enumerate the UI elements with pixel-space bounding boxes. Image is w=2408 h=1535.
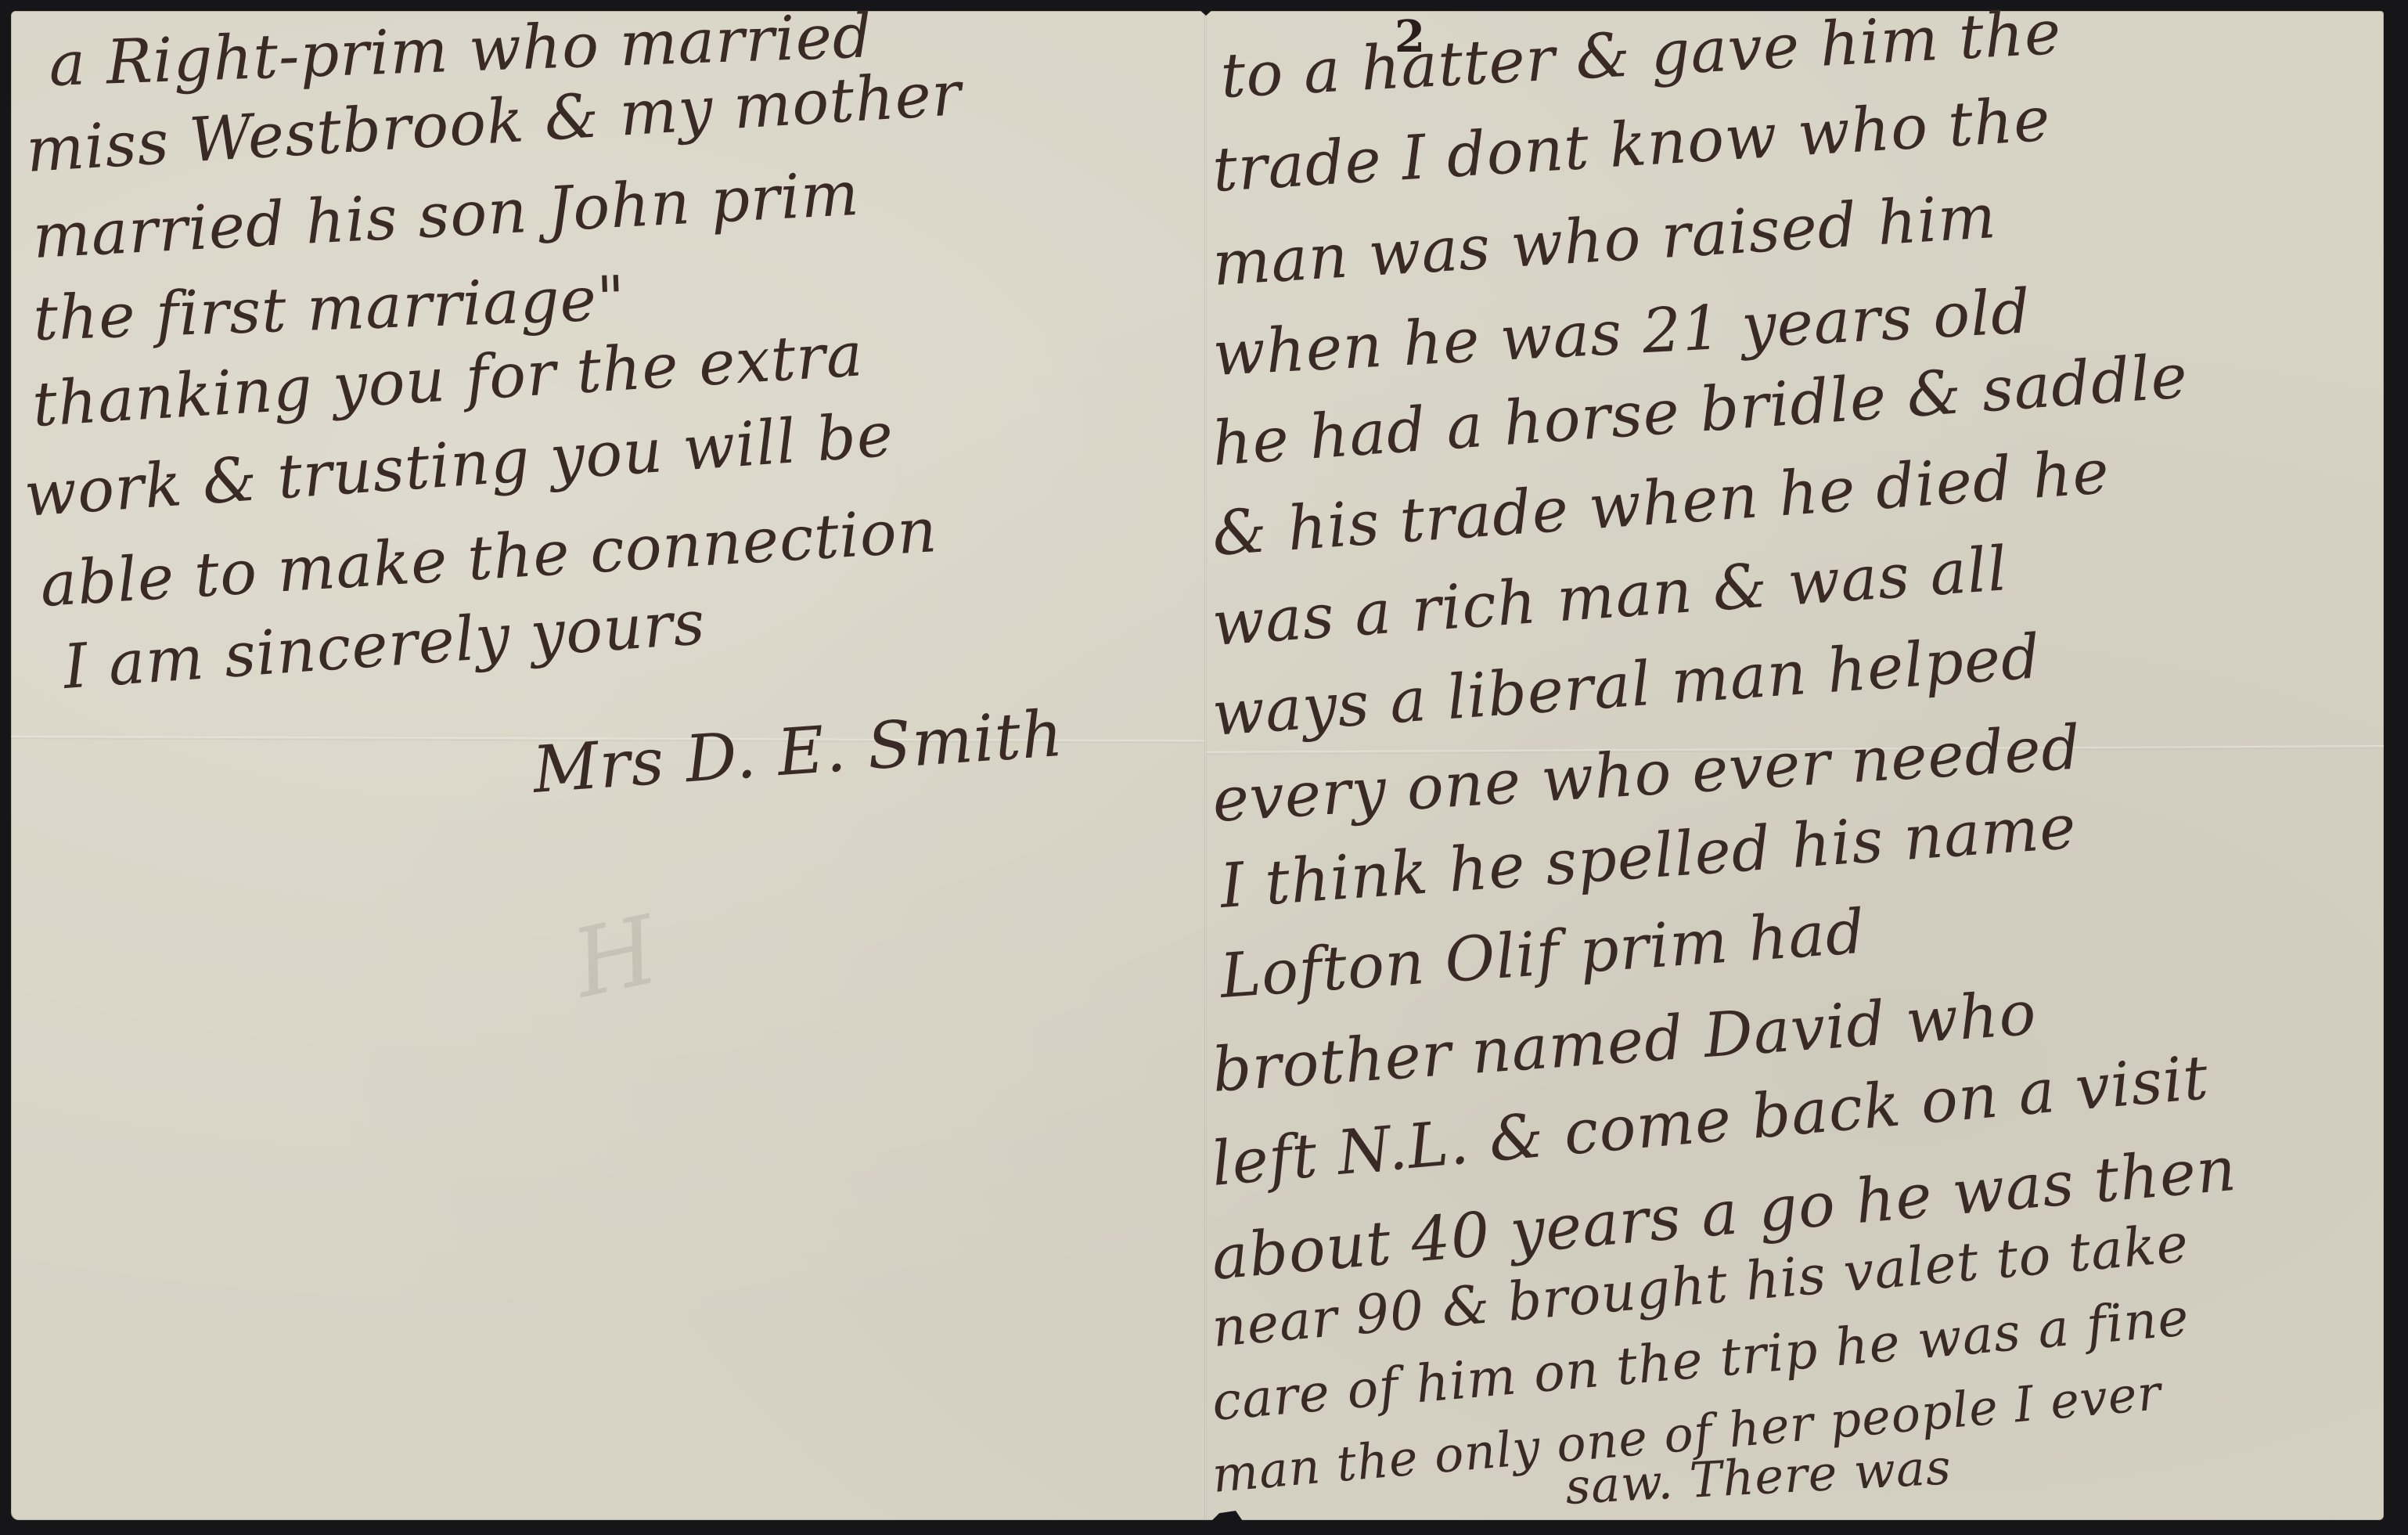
letter-line: married his son John prim bbox=[31, 164, 861, 268]
signature: Mrs D. E. Smith bbox=[531, 702, 1065, 803]
show-through-mark: H bbox=[564, 896, 667, 1020]
letter-line: man was who raised him bbox=[1211, 186, 1998, 295]
right-page: 2 to a hatter & gave him the trade I don… bbox=[1207, 11, 2384, 1520]
left-page: a Right-prim who married miss Westbrook … bbox=[11, 11, 1204, 1520]
letter-line: the first marriage" bbox=[32, 274, 472, 350]
letter-line: Lofton Olif prim had bbox=[1218, 902, 1867, 1007]
